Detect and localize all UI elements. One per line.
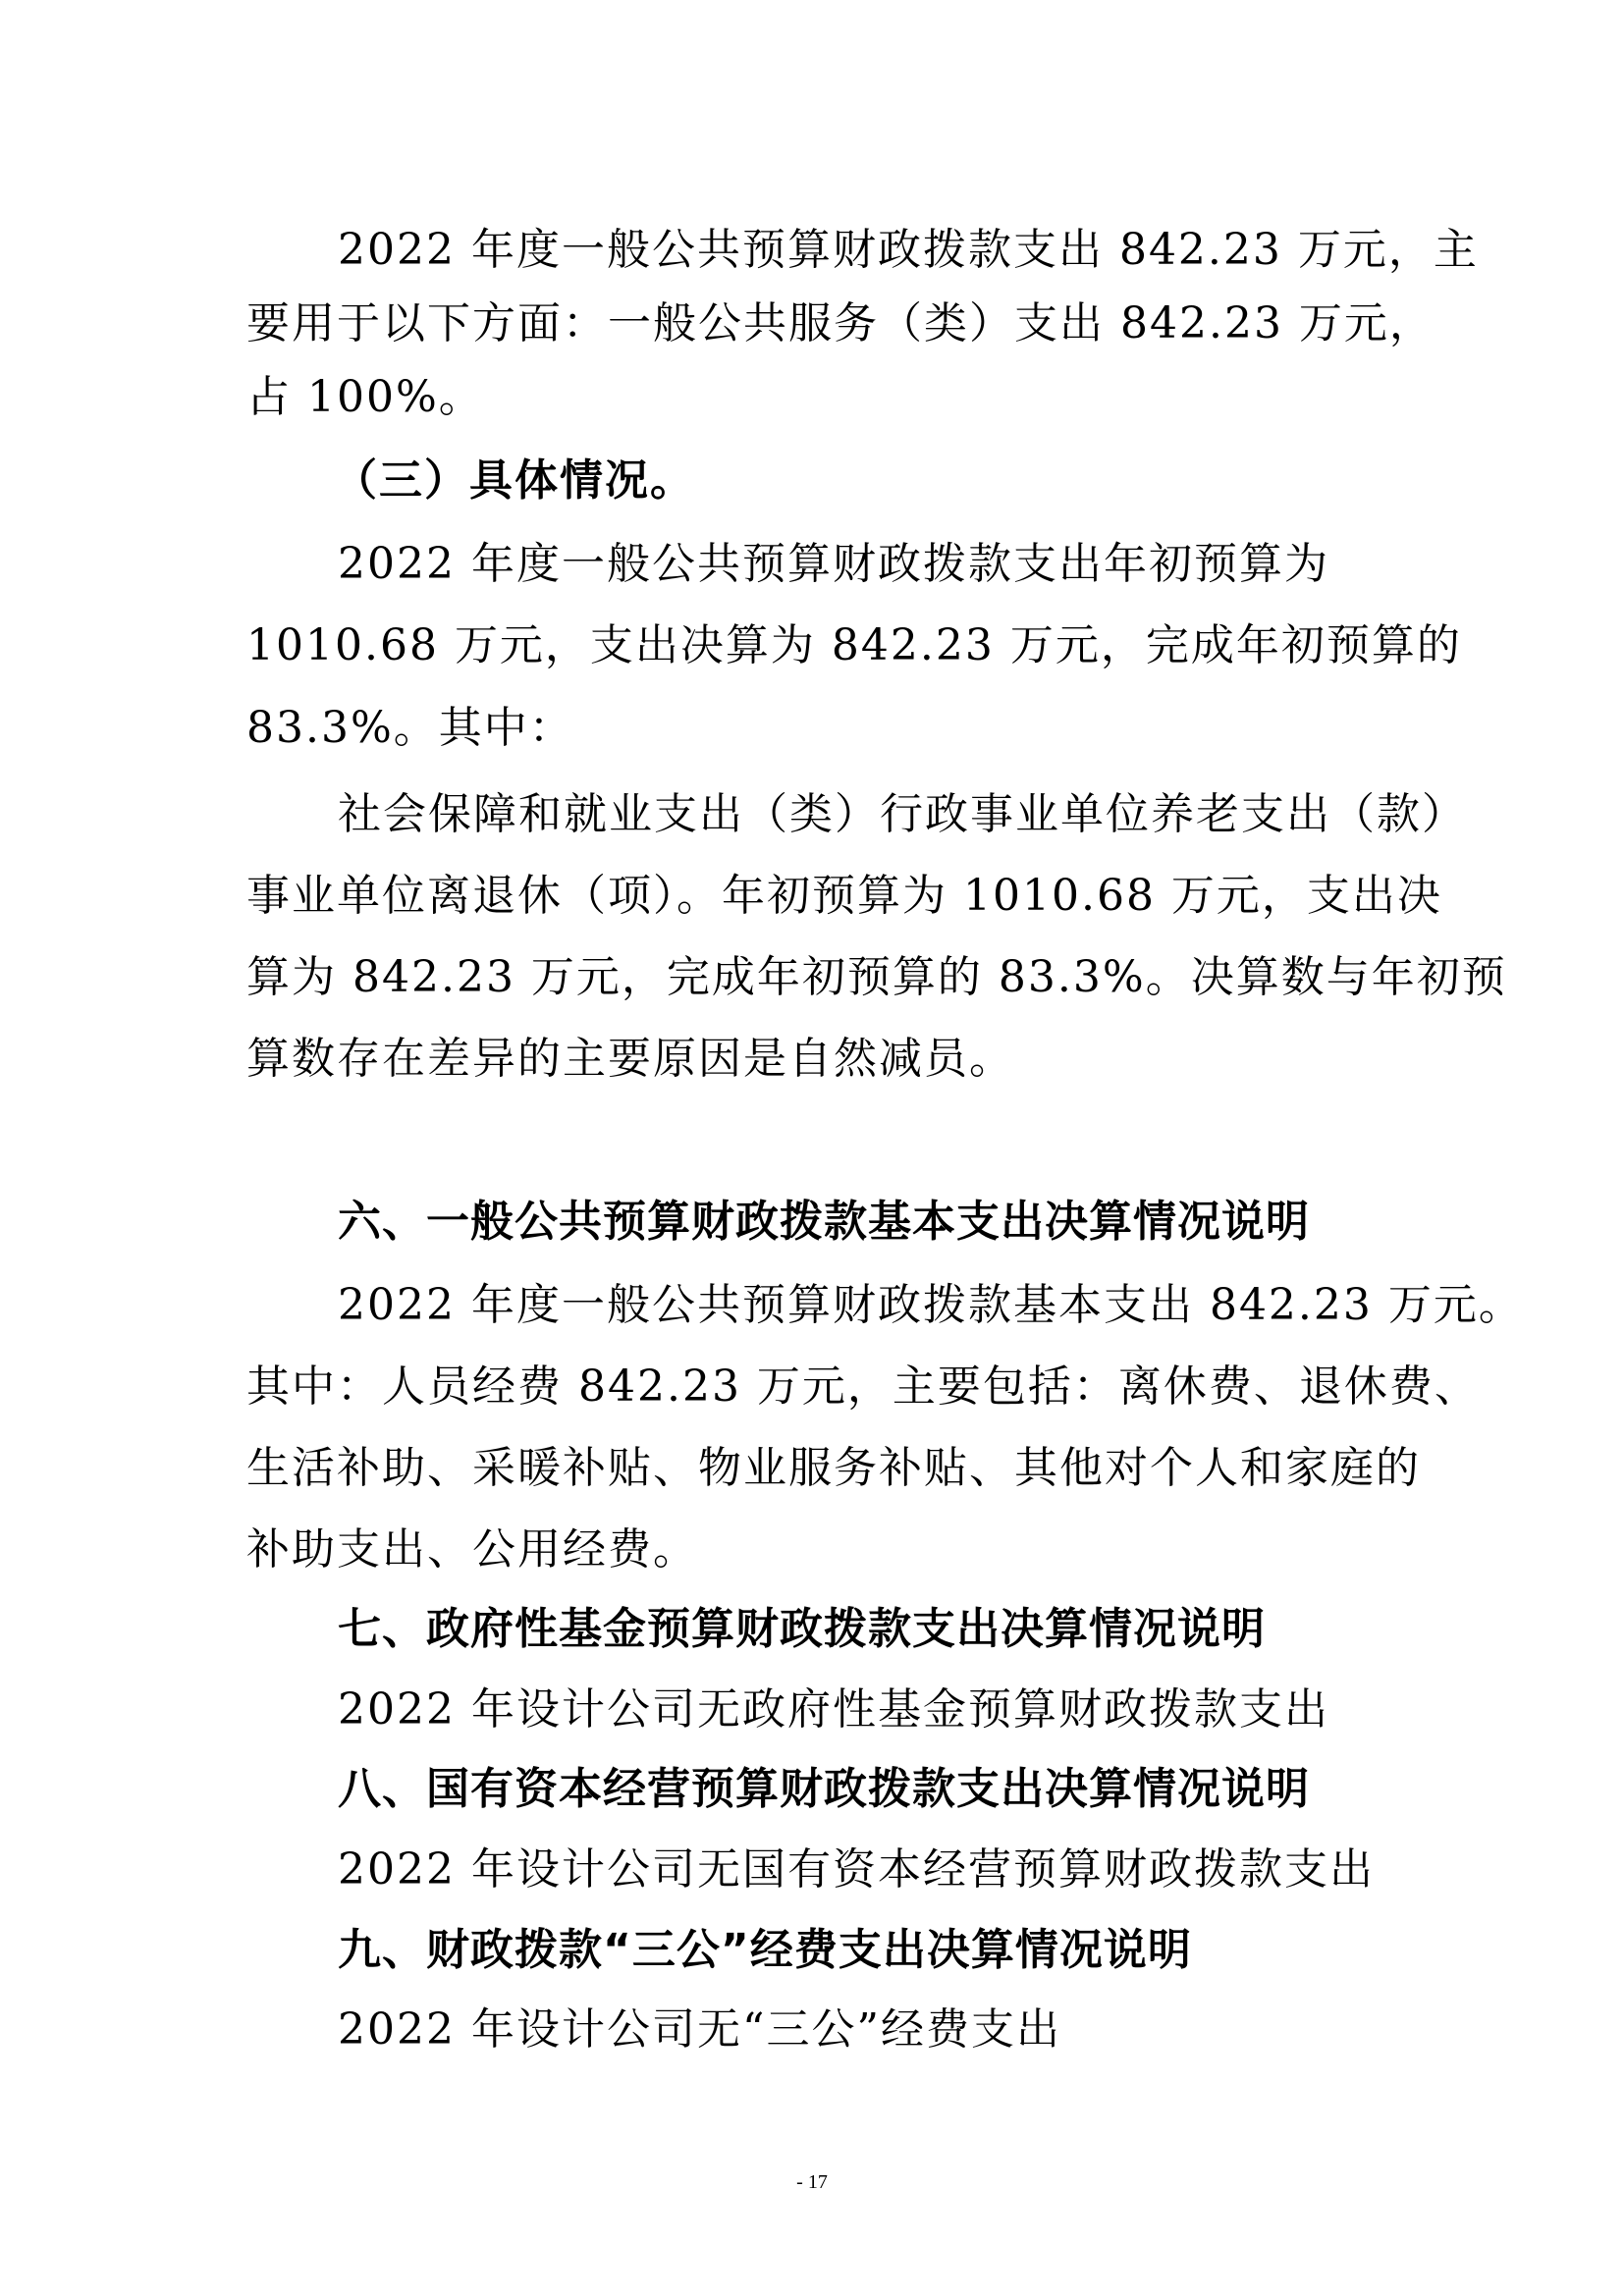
- section-heading-6: 六、一般公共预算财政拨款基本支出决算情况说明: [338, 1193, 1310, 1252]
- paragraph-line: 2022 年度一般公共预算财政拨款基本支出 842.23 万元。: [338, 1276, 1524, 1335]
- paragraph-line: 占 100%。: [246, 368, 484, 427]
- paragraph-line: 1010.68 万元，支出决算为 842.23 万元，完成年初预算的: [246, 616, 1462, 675]
- paragraph-line: 83.3%。其中：: [246, 699, 574, 758]
- paragraph-line: 2022 年设计公司无“三公”经费支出: [338, 2001, 1061, 2059]
- paragraph-line: 2022 年设计公司无政府性基金预算财政拨款支出: [338, 1681, 1329, 1739]
- subheading-specific-situation: （三）具体情况。: [334, 452, 695, 510]
- paragraph-line: 2022 年度一般公共预算财政拨款支出 842.23 万元，主: [338, 221, 1479, 280]
- paragraph-line: 算为 842.23 万元，完成年初预算的 83.3%。决算数与年初预: [246, 948, 1507, 1007]
- paragraph-line: 2022 年度一般公共预算财政拨款支出年初预算为: [338, 535, 1329, 594]
- section-heading-7: 七、政府性基金预算财政拨款支出决算情况说明: [338, 1600, 1266, 1659]
- paragraph-line: 事业单位离退休（项）。年初预算为 1010.68 万元，支出决: [246, 867, 1442, 926]
- section-heading-8: 八、国有资本经营预算财政拨款支出决算情况说明: [338, 1760, 1310, 1819]
- paragraph-line: 要用于以下方面：一般公共服务（类）支出 842.23 万元，: [246, 294, 1435, 353]
- paragraph-line: 2022 年设计公司无国有资本经营预算财政拨款支出: [338, 1841, 1375, 1899]
- section-heading-9: 九、财政拨款“三公”经费支出决算情况说明: [338, 1921, 1192, 1980]
- document-page: 2022 年度一般公共预算财政拨款支出 842.23 万元，主 要用于以下方面：…: [0, 0, 1624, 2296]
- page-number: - 17: [0, 2171, 1624, 2194]
- paragraph-line: 生活补助、采暖补贴、物业服务补贴、其他对个人和家庭的: [246, 1439, 1421, 1498]
- paragraph-line: 算数存在差异的主要原因是自然减员。: [246, 1030, 1014, 1089]
- paragraph-line: 社会保障和就业支出（类）行政事业单位养老支出（款）: [338, 785, 1467, 844]
- paragraph-line: 补助支出、公用经费。: [246, 1521, 698, 1579]
- paragraph-line: 其中：人员经费 842.23 万元，主要包括：离休费、退休费、: [246, 1358, 1480, 1416]
